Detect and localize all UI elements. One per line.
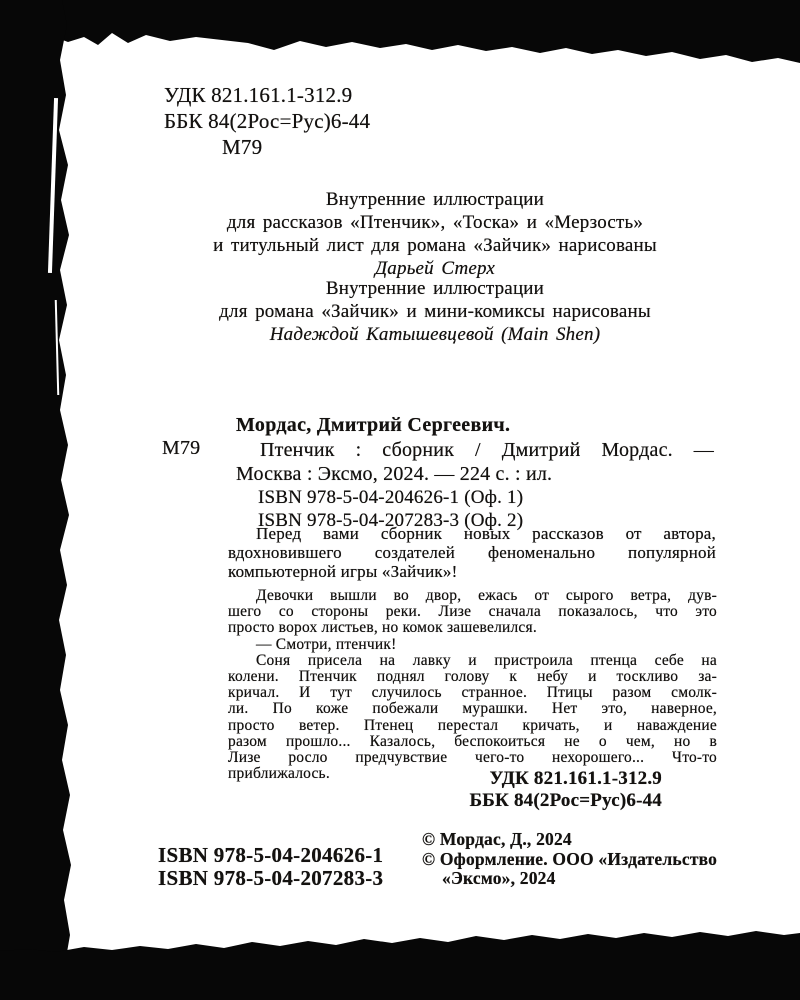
text-line: Девочки вышли во двор, ежась от сырого в… xyxy=(228,588,717,604)
text-line: Соня присела на лавку и пристроила птенц… xyxy=(228,653,717,669)
excerpt-paragraph-1: Девочки вышли во двор, ежась от сырого в… xyxy=(228,588,717,637)
illustration-credit-2: Внутренние иллюстрации для романа «Зайчи… xyxy=(150,277,720,346)
author-sign-code: М79 xyxy=(164,134,370,160)
credit-line: Внутренние иллюстрации xyxy=(150,277,720,300)
text-line: ISBN 978-5-04-204626-1 xyxy=(158,844,383,867)
torn-border-top xyxy=(0,0,800,66)
text-line: кричал. И тут случилось странное. Птицы … xyxy=(228,685,717,701)
catalog-author-heading: Мордас, Дмитрий Сергеевич. xyxy=(236,414,510,437)
book-copyright-page: УДК 821.161.1-312.9 ББК 84(2Рос=Рус)6-44… xyxy=(0,0,800,1000)
credit-line: для романа «Зайчик» и мини-комиксы нарис… xyxy=(150,300,720,323)
text-line: просто ворох листьев, но комок зашевелил… xyxy=(228,620,717,636)
credit-line: Внутренние иллюстрации xyxy=(150,188,720,211)
udk-code: УДК 821.161.1-312.9 xyxy=(228,768,662,790)
text-line: — Смотри, птенчик! xyxy=(228,637,717,653)
credit-line: и титульный лист для романа «Зайчик» нар… xyxy=(150,234,720,257)
scanned-book-page: { "page": { "background": "#ffffff", "in… xyxy=(0,0,800,1000)
torn-border-left xyxy=(0,0,84,958)
text-line: разом прошло... Казалось, беспокоиться н… xyxy=(228,734,717,750)
text-line: Москва : Эксмо, 2024. — 224 с. : ил. xyxy=(236,462,714,486)
footer-codes-block: УДК 821.161.1-312.9 ББК 84(2Рос=Рус)6-44 xyxy=(228,768,662,812)
text-line: шего со стороны реки. Лизе сначала показ… xyxy=(228,604,717,620)
text-line: Птенчик : сборник / Дмитрий Мордас. — xyxy=(236,438,714,462)
book-excerpt: Девочки вышли во двор, ежась от сырого в… xyxy=(228,588,717,782)
excerpt-paragraph-3: Соня присела на лавку и пристроила птенц… xyxy=(228,653,717,783)
artist-name: Надеждой Катышевцевой (Main Shen) xyxy=(150,323,720,346)
copyright-block: © Мордас, Д., 2024© Оформление. ООО «Изд… xyxy=(422,830,732,889)
text-line: ISBN 978-5-04-204626-1 (Оф. 1) xyxy=(258,487,523,510)
udk-code: УДК 821.161.1-312.9 xyxy=(164,82,370,108)
text-line: «Эксмо», 2024 xyxy=(422,869,732,889)
text-line: просто ветер. Птенец перестал кричать, и… xyxy=(228,718,717,734)
illustration-credit-1: Внутренние иллюстрации для рассказов «Пт… xyxy=(150,188,720,280)
isbn-block: ISBN 978-5-04-204626-1ISBN 978-5-04-2072… xyxy=(158,844,383,890)
text-line: Перед вами сборник новых рассказов от ав… xyxy=(228,524,716,543)
text-line: колени. Птенчик поднял голову к небу и т… xyxy=(228,669,717,685)
torn-border-bottom xyxy=(0,926,800,1000)
excerpt-paragraph-2: — Смотри, птенчик! xyxy=(228,637,717,653)
credit-line: для рассказов «Птенчик», «Тоска» и «Мерз… xyxy=(150,211,720,234)
annotation-paragraph: Перед вами сборник новых рассказов от ав… xyxy=(228,524,716,581)
header-codes-block: УДК 821.161.1-312.9 ББК 84(2Рос=Рус)6-44… xyxy=(164,82,370,160)
text-line: ISBN 978-5-04-207283-3 xyxy=(158,867,383,890)
catalog-author-code: М79 xyxy=(162,437,200,460)
text-line: компьютерной игры «Зайчик»! xyxy=(228,562,716,581)
bbk-code: ББК 84(2Рос=Рус)6-44 xyxy=(228,790,662,812)
text-line: Лизе росло предчувствие чего-то нехороше… xyxy=(228,750,717,766)
catalog-entry: Птенчик : сборник / Дмитрий Мордас. —Мос… xyxy=(236,438,714,486)
text-line: вдохновившего создателей феноменально по… xyxy=(228,543,716,562)
text-line: © Мордас, Д., 2024 xyxy=(422,830,732,850)
text-line: © Оформление. ООО «Издательство xyxy=(422,850,732,870)
bbk-code: ББК 84(2Рос=Рус)6-44 xyxy=(164,108,370,134)
text-line: ли. По коже побежали мурашки. Нет это, н… xyxy=(228,701,717,717)
